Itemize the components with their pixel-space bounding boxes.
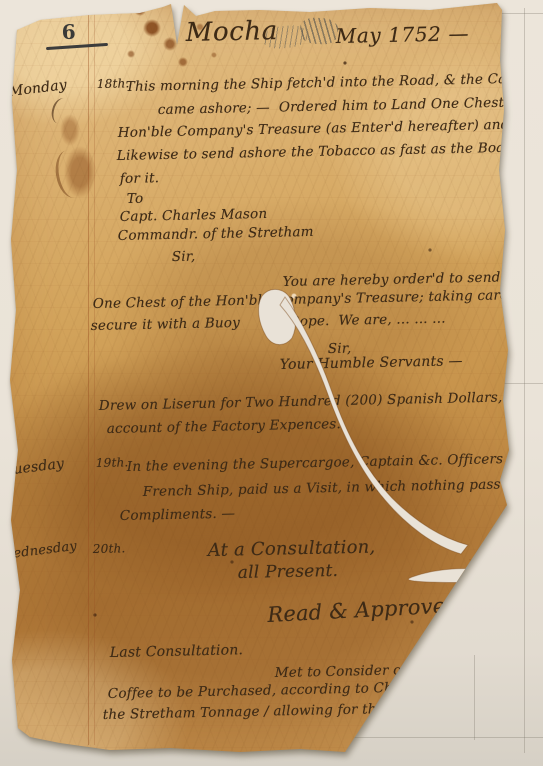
manuscript-photo: 6 Mocha May 1752 — Monday 18th. This mor… [0,0,543,766]
manuscript-paper: 6 Mocha May 1752 — Monday 18th. This mor… [0,0,543,766]
paper-wrapper: 6 Mocha May 1752 — Monday 18th. This mor… [0,0,543,766]
horizontal-crack [408,569,502,584]
diagonal-tear [280,297,468,554]
tear-cracks [0,0,543,766]
crack-flap [470,560,500,578]
